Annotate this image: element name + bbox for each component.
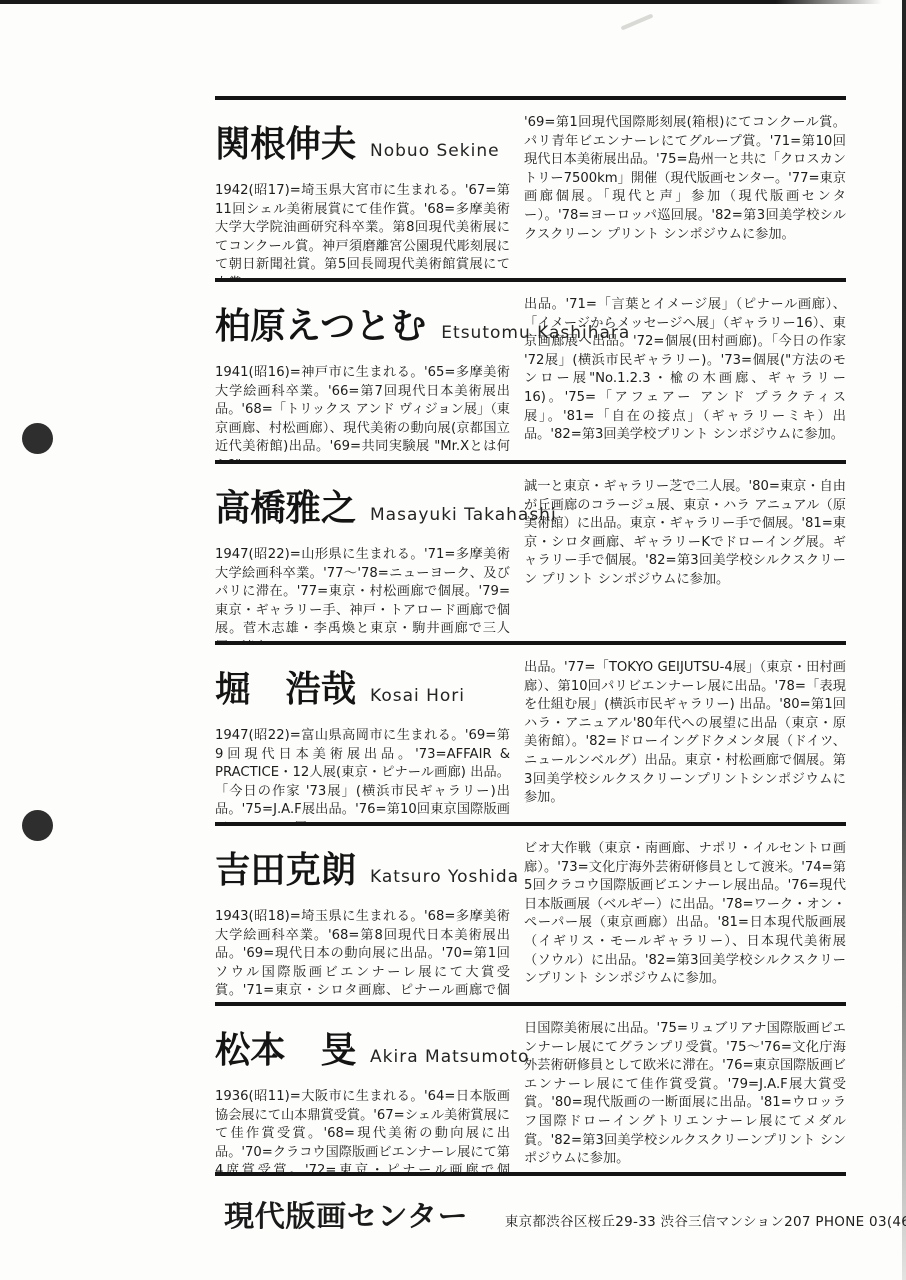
- artist-name-japanese: 堀 浩哉: [215, 661, 356, 712]
- artist-bio-right-column: 誠一と東京・ギャラリー芝で二人展。'80=東京・自由が丘画廊のコラージュ展、東京…: [524, 478, 846, 590]
- punch-hole-bottom: [22, 810, 53, 841]
- artist-directory: 関根伸夫 Nobuo Sekine 1942(昭17)=埼玉県大宮市に生まれる。…: [215, 96, 846, 1176]
- punch-hole-top: [22, 423, 53, 454]
- artist-bio-right-column: ビオ大作戦（東京・南画廊、ナポリ・イルセントロ画廊）。'73=文化庁海外芸術研修…: [524, 840, 846, 989]
- artist-heading: 堀 浩哉 Kosai Hori: [215, 661, 510, 712]
- artist-name-romaji: Nobuo Sekine: [370, 141, 500, 161]
- publisher-footer: 現代版画センター 東京都渋谷区桜丘29-33 渋谷三信マンション207 PHON…: [224, 1194, 884, 1235]
- publisher-logo: 現代版画センター: [224, 1194, 468, 1235]
- artist-bio-left-column: 1942(昭17)=埼玉県大宮市に生まれる。'67=第11回シェル美術展賞にて佳…: [215, 182, 510, 278]
- artist-bio-right-column: 日国際美術展に出品。'75=リュブリアナ国際版画ビエンナーレ展にてグランプリ受賞…: [524, 1020, 846, 1169]
- artist-name-romaji: Akira Matsumoto: [370, 1047, 529, 1067]
- artist-name-japanese: 関根伸夫: [215, 116, 356, 167]
- artist-heading: 吉田克朗 Katsuro Yoshida: [215, 842, 510, 893]
- artist-section: 吉田克朗 Katsuro Yoshida 1943(昭18)=埼玉県に生まれる。…: [215, 822, 846, 1002]
- publisher-address: 東京都渋谷区桜丘29-33 渋谷三信マンション207 PHONE 03(464)…: [505, 1210, 906, 1230]
- section-divider: [215, 1172, 846, 1176]
- artist-section: 松本 旻 Akira Matsumoto 1936(昭11)=大阪市に生まれる。…: [215, 1002, 846, 1172]
- artist-bio-right-column: 出品。'77=「TOKYO GEIJUTSU-4展」（東京・田村画廊）、第10回…: [524, 659, 846, 808]
- artist-heading: 関根伸夫 Nobuo Sekine: [215, 116, 510, 167]
- artist-name-japanese: 柏原えつとむ: [215, 298, 426, 349]
- artist-section: 関根伸夫 Nobuo Sekine 1942(昭17)=埼玉県大宮市に生まれる。…: [215, 96, 846, 278]
- artist-bio-right-column: '69=第1回現代国際彫刻展(箱根)にてコンクール賞。パリ青年ビエンナーレにてグ…: [524, 114, 846, 244]
- scan-smudge: [621, 14, 654, 31]
- scanned-artist-directory-page: { "artists": [ { "name_ja": "関根伸夫", "nam…: [0, 0, 906, 1280]
- artist-section: 柏原えつとむ Etsutomu Kashihara 1941(昭16)=神戸市に…: [215, 278, 846, 460]
- artist-bio-left-column: 1947(昭22)=富山県高岡市に生まれる。'69=第9回現代日本美術展出品。'…: [215, 727, 510, 822]
- artist-name-japanese: 高橋雅之: [215, 480, 356, 531]
- artist-heading: 松本 旻 Akira Matsumoto: [215, 1022, 510, 1073]
- artist-heading: 柏原えつとむ Etsutomu Kashihara: [215, 298, 510, 349]
- artist-bio-right-column: 出品。'71=「言葉とイメージ展」（ピナール画廊）、「イメージからメッセージへ展…: [524, 296, 846, 445]
- artist-bio-left-column: 1941(昭16)=神戸市に生まれる。'65=多摩美術大学絵画科卒業。'66=第…: [215, 364, 510, 460]
- artist-name-romaji: Katsuro Yoshida: [370, 867, 519, 887]
- artist-name-japanese: 松本 旻: [215, 1022, 356, 1073]
- artist-heading: 高橋雅之 Masayuki Takahashi: [215, 480, 510, 531]
- artist-section: 堀 浩哉 Kosai Hori 1947(昭22)=富山県高岡市に生まれる。'6…: [215, 641, 846, 822]
- artist-bio-left-column: 1943(昭18)=埼玉県に生まれる。'68=多摩美術大学絵画科卒業。'68=第…: [215, 908, 510, 1002]
- artist-section: 高橋雅之 Masayuki Takahashi 1947(昭22)=山形県に生ま…: [215, 460, 846, 641]
- artist-bio-left-column: 1936(昭11)=大阪市に生まれる。'64=日本版画協会展にて山本鼎賞受賞。'…: [215, 1088, 510, 1172]
- artist-name-romaji: Kosai Hori: [370, 686, 465, 706]
- scan-top-edge-line: [0, 0, 882, 4]
- scan-right-edge-line: [902, 0, 906, 1280]
- artist-bio-left-column: 1947(昭22)=山形県に生まれる。'71=多摩美術大学絵画科卒業。'77〜'…: [215, 546, 510, 641]
- artist-name-japanese: 吉田克朗: [215, 842, 356, 893]
